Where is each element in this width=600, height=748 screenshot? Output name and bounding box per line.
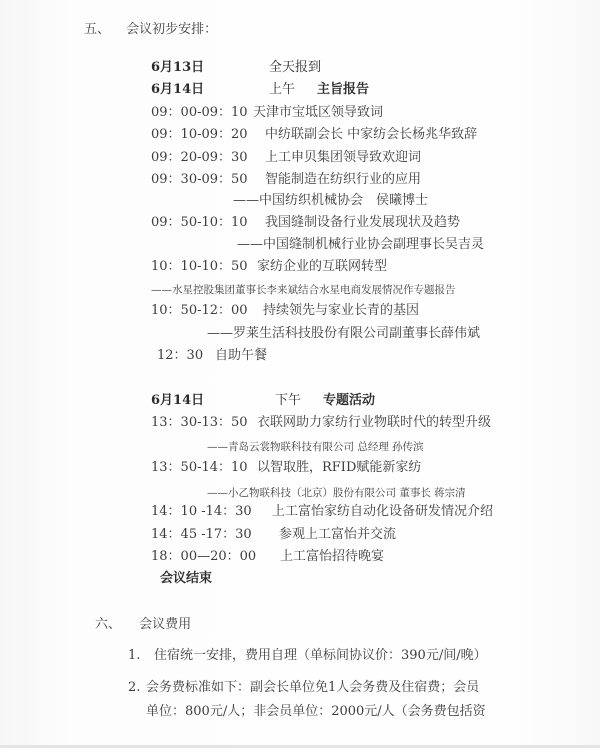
section-5-title: 会议初步安排： xyxy=(126,22,217,37)
day1-date: 6月13日 xyxy=(151,60,269,76)
schedule-item: 18：00—20：00上工富怡招待晚宴 xyxy=(151,549,384,565)
schedule-item: 12：30自助午餐 xyxy=(157,348,267,364)
item-title: 上工申贝集团领导致欢迎词 xyxy=(265,150,421,166)
section-6-heading: 六、 会议费用 xyxy=(95,617,191,633)
item-speaker: ——水星控股集团董事长李来斌结合水星电商发展情况作专题报告 xyxy=(151,282,456,298)
section-5-heading: 五、 会议初步安排： xyxy=(84,22,217,38)
item-speaker: ——中国纺织机械协会 侯曦博士 xyxy=(233,193,428,209)
schedule-item: 09：50-10：10我国缝制设备行业发展现状及趋势 xyxy=(151,215,460,231)
item-title: 参观上工富怡并交流 xyxy=(279,527,396,543)
schedule-day2-afternoon-header: 6月14日下午专题活动 xyxy=(151,393,375,409)
item-title: 智能制造在纺织行业的应用 xyxy=(265,172,421,188)
schedule-item: 10：10-10：50家纺企业的互联网转型 xyxy=(151,259,387,275)
schedule-item: 14：45 -17：30参观上工富怡并交流 xyxy=(151,527,396,543)
day2-afternoon-date: 6月14日 xyxy=(151,393,275,409)
fee-item-text: 住宿统一安排，费用自理（单标间协议价：390元/间/晚） xyxy=(154,648,487,664)
schedule-item: 14：10 -14：30上工富怡家纺自动化设备研发情况介绍 xyxy=(151,504,493,520)
item-title: 我国缝制设备行业发展现状及趋势 xyxy=(265,215,460,231)
item-time: 14：45 -17：30 xyxy=(151,527,279,543)
item-title: 持续领先与家业长青的基因 xyxy=(263,303,419,319)
item-title: 家纺企业的互联网转型 xyxy=(257,259,387,275)
item-title: 中纺联副会长 中家纺会长杨兆华致辞 xyxy=(265,127,477,143)
item-time: 09：30-09：50 xyxy=(151,172,265,188)
item-title: 上工富怡招待晚宴 xyxy=(280,549,384,565)
schedule-item: 13：50-14：10以智取胜，RFID赋能新家纺 xyxy=(151,460,421,476)
day2-morning-theme: 主旨报告 xyxy=(317,82,369,98)
item-title: 自助午餐 xyxy=(215,348,267,364)
item-time: 10：10-10：50 xyxy=(151,259,257,275)
day1-text: 全天报到 xyxy=(269,60,321,76)
day2-morning-date: 6月14日 xyxy=(151,82,269,98)
day2-afternoon-theme: 专题活动 xyxy=(323,393,375,409)
section-6-number: 六、 xyxy=(95,617,121,632)
section-5-number: 五、 xyxy=(84,22,110,37)
day2-afternoon-period: 下午 xyxy=(275,393,323,409)
schedule-item: 10：50-12：00持续领先与家业长青的基因 xyxy=(151,303,419,319)
item-time: 09：20-09：30 xyxy=(151,150,265,166)
item-title: 上工富怡家纺自动化设备研发情况介绍 xyxy=(272,504,493,520)
schedule-day2-morning-header: 6月14日上午主旨报告 xyxy=(151,82,369,98)
item-time: 09：10-09：20 xyxy=(151,127,265,143)
fee-item-text: 会务费标准如下：副会长单位免1人会务费及住宿费；会员 xyxy=(146,680,479,696)
meeting-end: 会议结束 xyxy=(160,571,212,587)
item-time: 09：50-10：10 xyxy=(151,215,265,231)
item-title: 以智取胜，RFID赋能新家纺 xyxy=(257,460,421,476)
item-time: 12：30 xyxy=(157,348,215,364)
schedule-item: 13：30-13：50衣联网助力家纺行业物联时代的转型升级 xyxy=(151,415,491,431)
fee-item-num: 1. xyxy=(128,648,154,664)
schedule-day1: 6月13日全天报到 xyxy=(151,60,321,76)
section-6-title: 会议费用 xyxy=(139,617,191,632)
item-time: 10：50-12：00 xyxy=(151,303,263,319)
item-time: 18：00—20：00 xyxy=(151,549,280,565)
item-time: 14：10 -14：30 xyxy=(151,504,272,520)
schedule-item: 09：20-09：30上工申贝集团领导致欢迎词 xyxy=(151,150,421,166)
schedule-item: 09：00-09：10天津市宝坻区领导致词 xyxy=(151,105,383,121)
item-time: 09：00-09：10 xyxy=(151,105,253,121)
item-title: 衣联网助力家纺行业物联时代的转型升级 xyxy=(257,415,491,431)
fee-item-1: 1.住宿统一安排，费用自理（单标间协议价：390元/间/晚） xyxy=(128,648,487,664)
item-speaker: ——青岛云裳物联科技有限公司 总经理 孙传滨 xyxy=(207,439,424,455)
fee-item-2: 2.会务费标准如下：副会长单位免1人会务费及住宿费；会员 xyxy=(128,680,479,696)
schedule-item: 09：30-09：50智能制造在纺织行业的应用 xyxy=(151,172,421,188)
item-speaker: ——中国缝制机械行业协会副理事长吴吉灵 xyxy=(237,237,484,253)
item-speaker: ——罗莱生活科技股份有限公司副董事长薛伟斌 xyxy=(207,326,480,342)
document-page: 五、 会议初步安排： 6月13日全天报到 6月14日上午主旨报告 09：00-0… xyxy=(0,0,600,745)
schedule-item: 09：10-09：20中纺联副会长 中家纺会长杨兆华致辞 xyxy=(151,127,477,143)
item-time: 13：50-14：10 xyxy=(151,460,257,476)
fee-item-2-continued: 单位：800元/人；非会员单位：2000元/人（会务费包括资 xyxy=(146,704,486,720)
item-time: 13：30-13：50 xyxy=(151,415,257,431)
item-title: 天津市宝坻区领导致词 xyxy=(253,105,383,121)
item-speaker: ——小乙物联科技（北京）股份有限公司 董事长 蒋宗清 xyxy=(207,485,466,501)
fee-item-num: 2. xyxy=(128,680,146,696)
day2-morning-period: 上午 xyxy=(269,82,317,98)
